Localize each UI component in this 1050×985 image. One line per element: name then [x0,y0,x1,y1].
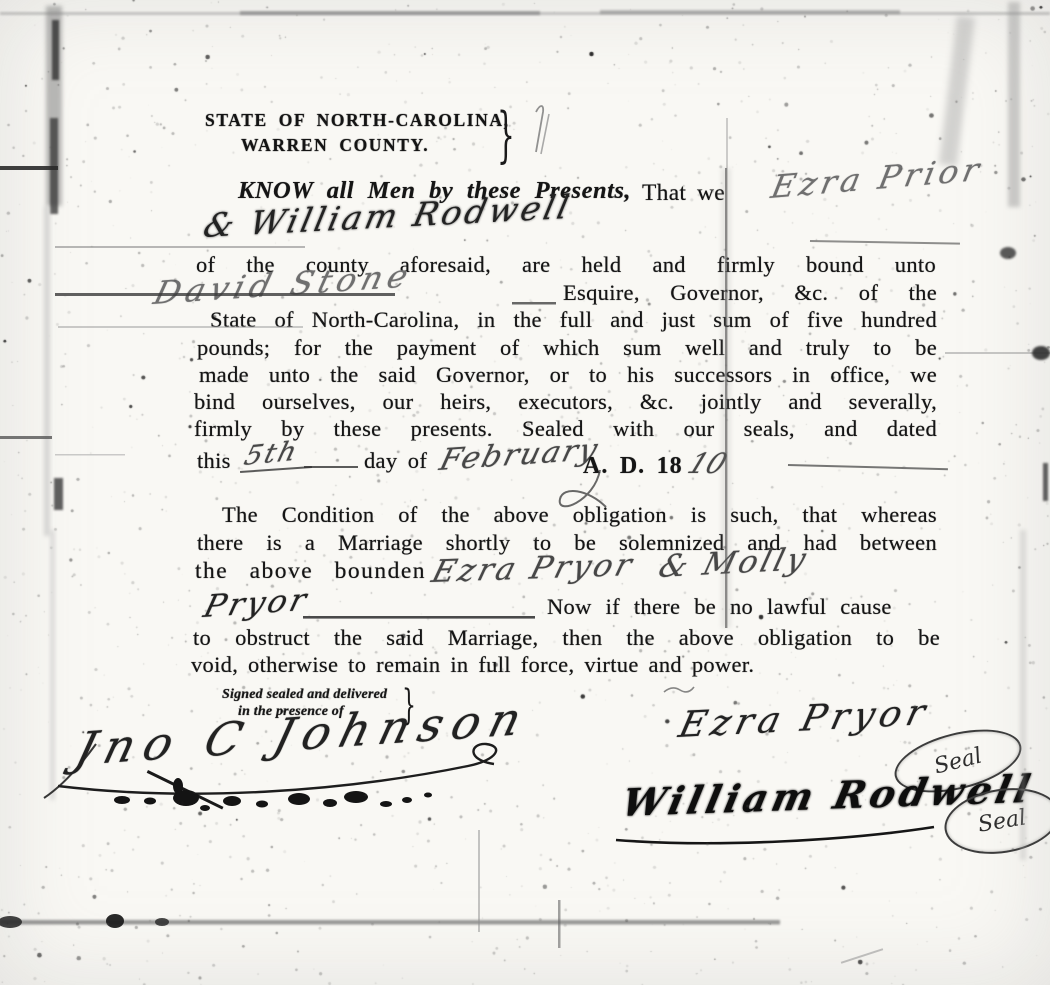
opening-that-we: That we [642,181,725,207]
marriage-bond-scan: STATE OF NORTH-CAROLINA, WARREN COUNTY. … [0,0,1050,985]
body-line-4: pounds; for the payment of which sum wel… [197,336,937,361]
handwritten-groom-name: Ezra Pryor [428,547,639,590]
body-line-3: State of North-Carolina, in the full and… [210,308,937,333]
handwritten-day: 5th [241,436,302,472]
body-line-2: Esquire, Governor, &c. of the [563,281,937,306]
handwritten-governor-name: David Stone [150,256,417,312]
header-brace: } [497,99,515,170]
ink-blots [114,778,432,811]
ink-streak [147,770,224,810]
attestation-line-1: Signed sealed and delivered [222,687,387,703]
condition-line-5: to obstruct the said Marriage, then the … [193,626,940,651]
header-county-line: WARREN COUNTY. [241,135,429,156]
stain-top-right [939,15,975,166]
handwritten-year: 10 [683,447,732,480]
handwritten-principal-name: Ezra Prior [768,150,986,206]
bottom-crease [0,920,780,925]
party2-seal-label: Seal [976,805,1028,837]
header-state-line: STATE OF NORTH-CAROLINA, [205,110,510,131]
date-day-of: day of [364,449,427,474]
condition-line-4: Now if there be no lawful cause [547,595,892,620]
condition-line-1: The Condition of the above obligation is… [222,503,937,528]
body-line-6: bind ourselves, our heirs, executors, &c… [194,390,937,415]
handwritten-bride-last: Pryor [200,582,313,625]
condition-line-3: the above bounden [195,559,426,585]
party1-signature: Ezra Pryor [675,692,934,746]
party2-flourish [616,827,934,843]
header-scribble [536,106,543,152]
rule-condition [303,616,535,619]
date-ad-prefix: A. D. 18 [583,453,683,479]
condition-line-6: void, otherwise to remain in full force,… [191,653,754,678]
rule-after-year [788,464,948,470]
paper-noise [0,0,1050,985]
handwritten-bride-first: & Molly [655,541,812,585]
torn-left-edge [46,6,62,206]
date-this-word: this [197,449,231,474]
body-line-5: made unto the said Governor, or to his s… [199,363,937,388]
scan-streak [0,166,58,170]
rule-after-governor [512,302,556,305]
top-crease [0,12,1050,15]
rule-after-co-principal [810,240,960,245]
scan-artifacts-overlay [0,0,1050,985]
